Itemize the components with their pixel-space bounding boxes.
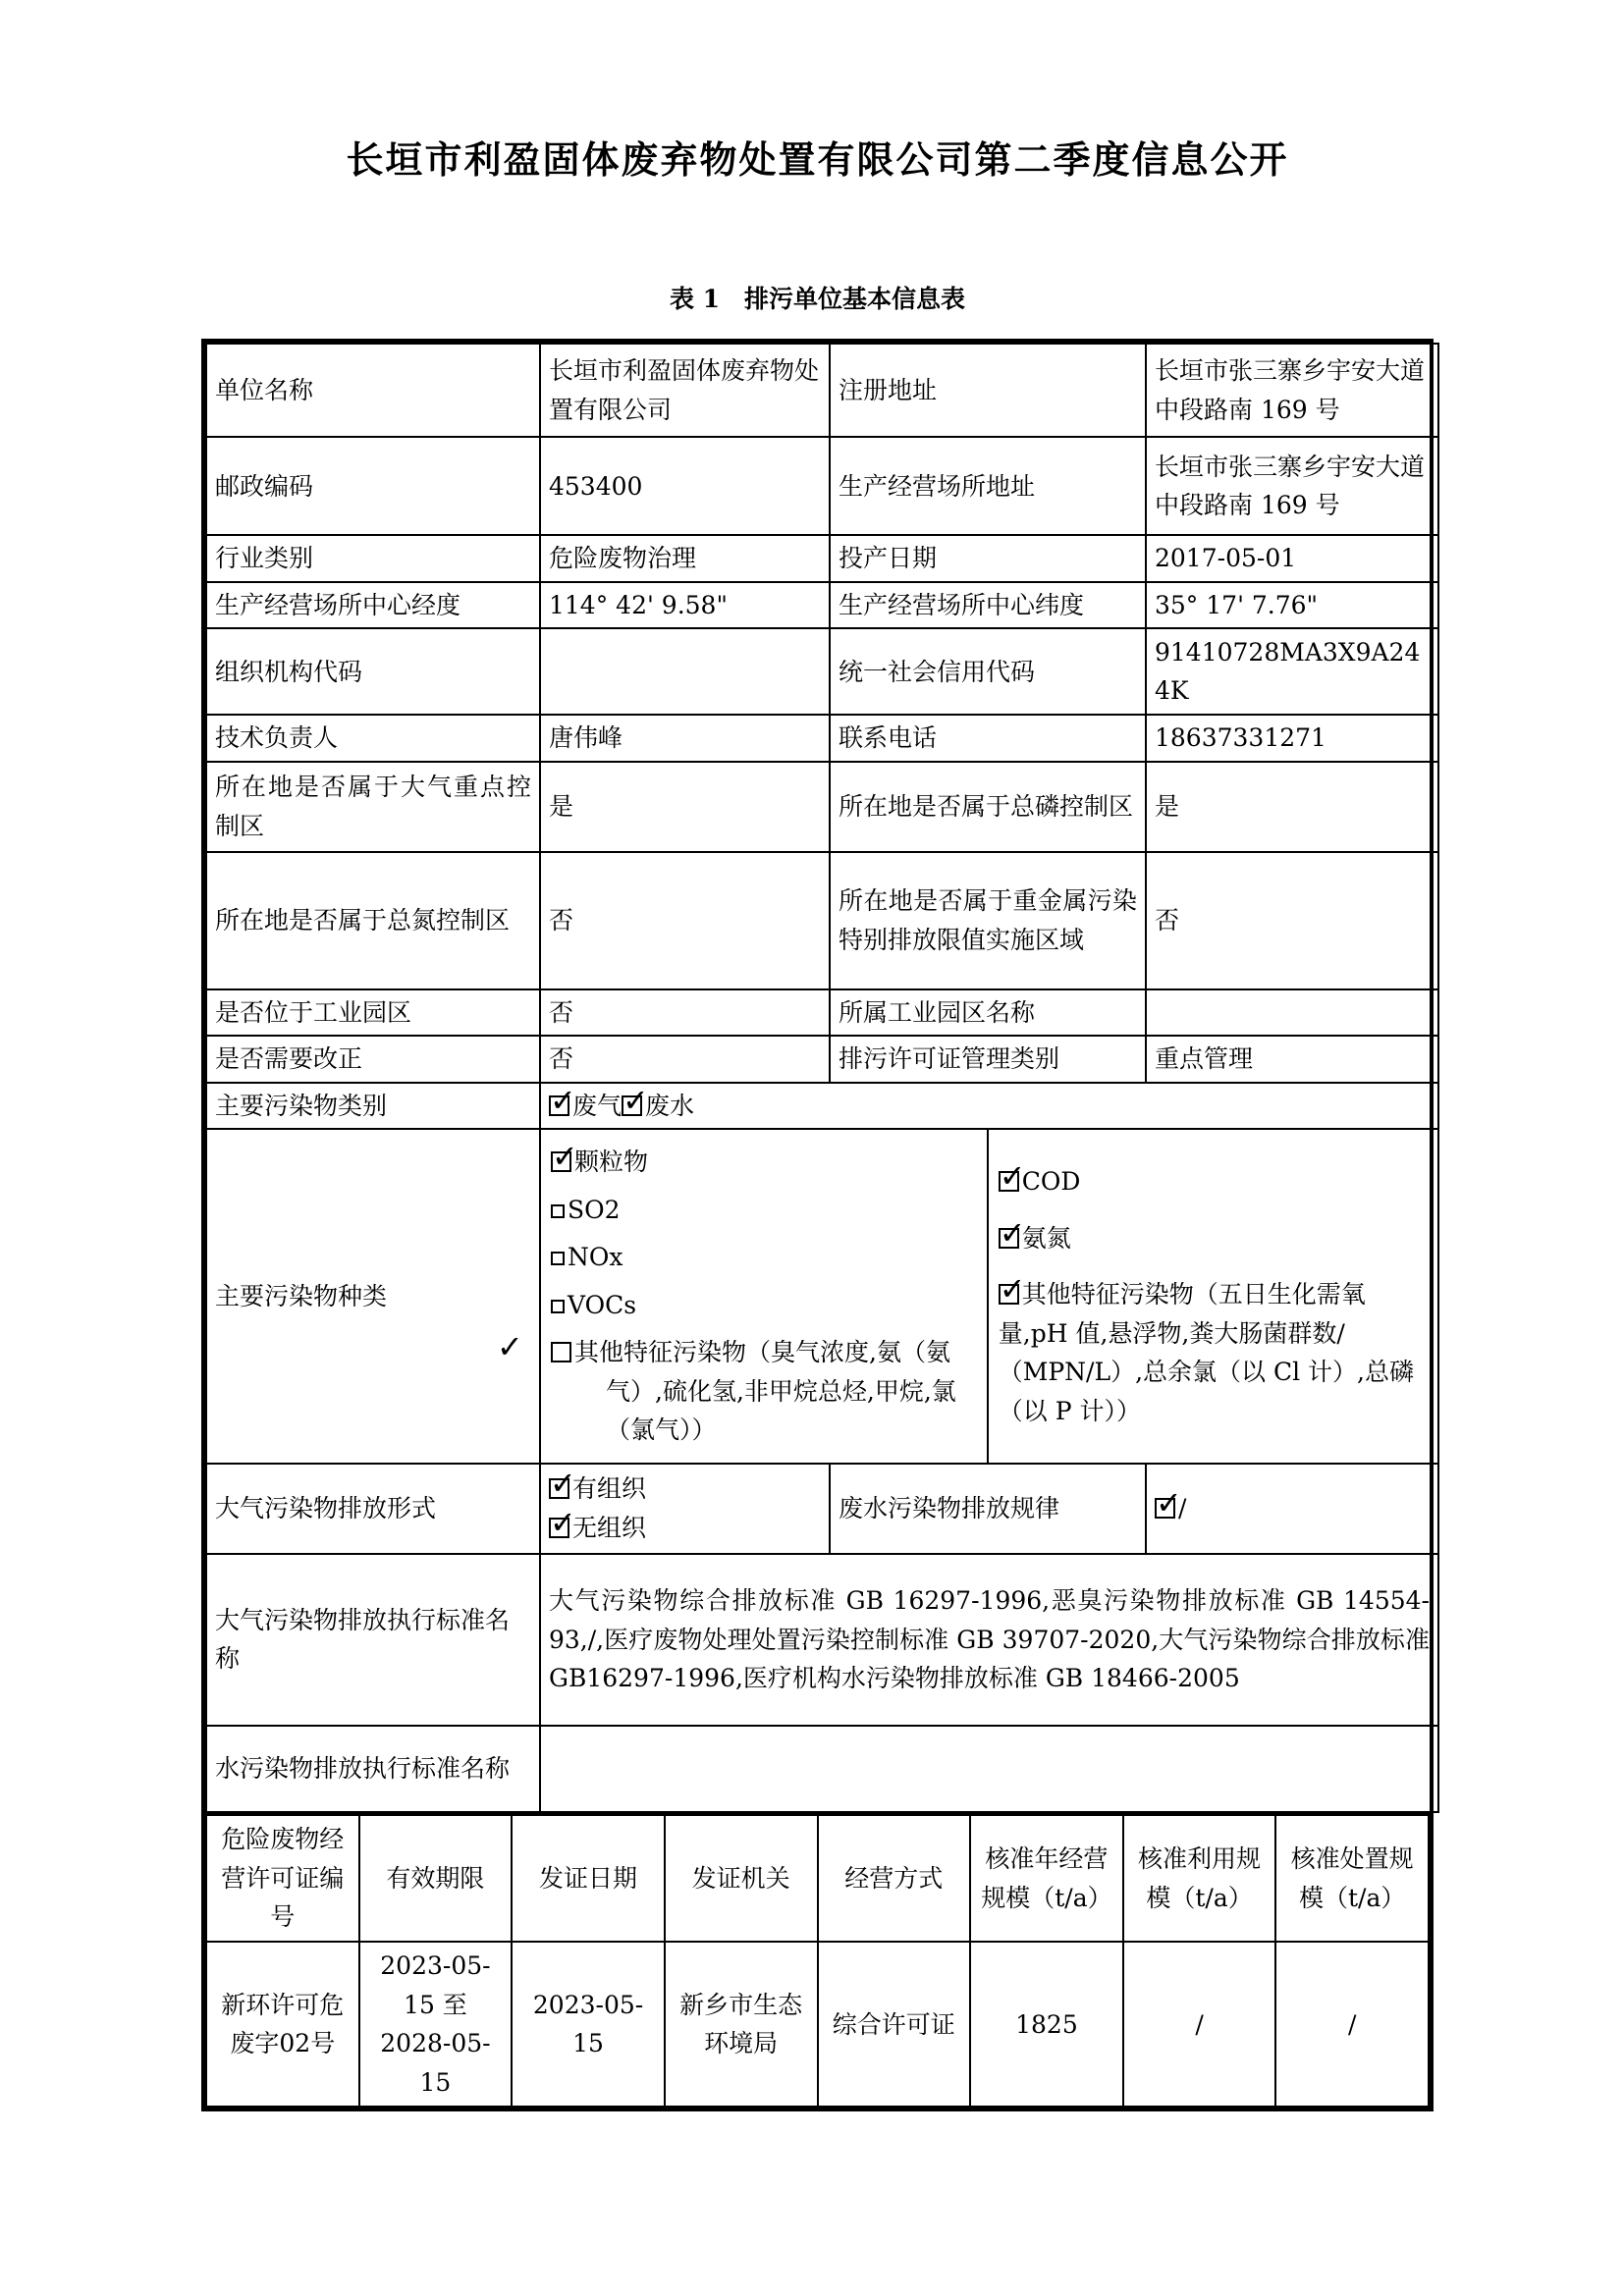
- list-item: 氨氮: [999, 1219, 1428, 1258]
- option-label: 无组织: [572, 1514, 646, 1542]
- checkbox-icon: [549, 1478, 569, 1499]
- air-pollutants-list: 颗粒物 SO2 NOx VOCs 其他特征污染物（臭气浓度,氨（氨气）,硫化氢,…: [541, 1130, 987, 1463]
- checkbox-icon: [551, 1151, 571, 1172]
- checkbox-icon: [999, 1171, 1019, 1192]
- annual-scale-header: 核准年经营规模（t/a）: [970, 1814, 1123, 1942]
- phosphorus-zone-value: 是: [1146, 762, 1438, 852]
- park-name-label: 所属工业园区名称: [830, 989, 1146, 1037]
- registered-address-label: 注册地址: [830, 344, 1146, 437]
- phosphorus-zone-label: 所在地是否属于总磷控制区: [830, 762, 1146, 852]
- table-row: 所在地是否属于大气重点控制区 是 所在地是否属于总磷控制区 是: [206, 762, 1438, 852]
- disposal-scale-value: /: [1275, 1942, 1429, 2107]
- category-item-label: 废气: [572, 1092, 622, 1120]
- table-row: 技术负责人 唐伟峰 联系电话 18637331271: [206, 715, 1438, 762]
- tech-director-label: 技术负责人: [206, 715, 540, 762]
- checkbox-icon: [551, 1342, 571, 1362]
- utilization-scale-header: 核准利用规模（t/a）: [1123, 1814, 1276, 1942]
- license-header-row: 危险废物经营许可证编号 有效期限 发证日期 发证机关 经营方式 核准年经营规模（…: [206, 1814, 1429, 1942]
- air-emission-form-label: 大气污染物排放形式: [206, 1464, 540, 1554]
- latitude-label: 生产经营场所中心纬度: [830, 582, 1146, 629]
- issue-date-header: 发证日期: [512, 1814, 665, 1942]
- issuer-header: 发证机关: [665, 1814, 818, 1942]
- air-key-zone-value: 是: [540, 762, 830, 852]
- option-label: 有组织: [572, 1474, 646, 1503]
- longitude-value: 114° 42' 9.58": [540, 582, 830, 629]
- issue-date-value: 2023-05-15: [512, 1942, 665, 2107]
- wastewater-discharge-pattern-value: /: [1146, 1464, 1438, 1554]
- checkbox-icon: [1155, 1498, 1175, 1519]
- species-columns: 颗粒物 SO2 NOx VOCs 其他特征污染物（臭气浓度,氨（氨气）,硫化氢,…: [541, 1130, 1437, 1463]
- wastewater-discharge-pattern-label: 废水污染物排放规律: [830, 1464, 1146, 1554]
- checkbox-icon: [999, 1228, 1019, 1249]
- table-row: 生产经营场所中心经度 114° 42' 9.58" 生产经营场所中心纬度 35°…: [206, 582, 1438, 629]
- table-row: 行业类别 危险废物治理 投产日期 2017-05-01: [206, 535, 1438, 582]
- list-item: SO2: [551, 1191, 977, 1230]
- table-row: 水污染物排放执行标准名称: [206, 1726, 1438, 1812]
- water-standard-label: 水污染物排放执行标准名称: [206, 1726, 540, 1812]
- air-standard-label: 大气污染物排放执行标准名称: [206, 1554, 540, 1726]
- latitude-value: 35° 17' 7.76": [1146, 582, 1438, 629]
- credit-code-value: 91410728MA3X9A244K: [1146, 628, 1438, 715]
- nitrogen-zone-value: 否: [540, 852, 830, 989]
- contact-phone-value: 18637331271: [1146, 715, 1438, 762]
- need-correction-label: 是否需要改正: [206, 1036, 540, 1083]
- table-caption: 表 1 排污单位基本信息表: [201, 280, 1434, 315]
- license-no-value: 新环许可危废字02号: [206, 1942, 359, 2107]
- table-row: 主要污染物种类 颗粒物 SO2 NOx VOCs 其他特征污染物（臭气浓度,氨（…: [206, 1129, 1438, 1464]
- table-row: 所在地是否属于总氮控制区 否 所在地是否属于重金属污染特别排放限值实施区域 否: [206, 852, 1438, 989]
- need-correction-value: 否: [540, 1036, 830, 1083]
- document-content: 长垣市利盈固体废弃物处置有限公司第二季度信息公开 表 1 排污单位基本信息表 单…: [201, 135, 1434, 2111]
- pollutant-label: VOCs: [568, 1291, 636, 1319]
- checkbox-icon: [551, 1252, 565, 1265]
- list-item: COD: [999, 1162, 1428, 1201]
- tech-director-value: 唐伟峰: [540, 715, 830, 762]
- list-item: NOx: [551, 1238, 977, 1277]
- unit-name-label: 单位名称: [206, 344, 540, 437]
- air-emission-form-value: 有组织 无组织: [540, 1464, 830, 1554]
- permit-category-value: 重点管理: [1146, 1036, 1438, 1083]
- table-row: 组织机构代码 统一社会信用代码 91410728MA3X9A244K: [206, 628, 1438, 715]
- table-row: 主要污染物类别 废气废水: [206, 1083, 1438, 1130]
- org-code-label: 组织机构代码: [206, 628, 540, 715]
- industry-category-label: 行业类别: [206, 535, 540, 582]
- industrial-park-value: 否: [540, 989, 830, 1037]
- page-title: 长垣市利盈固体废弃物处置有限公司第二季度信息公开: [201, 135, 1434, 184]
- license-table: 危险废物经营许可证编号 有效期限 发证日期 发证机关 经营方式 核准年经营规模（…: [205, 1813, 1430, 2109]
- park-name-value: [1146, 989, 1438, 1037]
- industrial-park-label: 是否位于工业园区: [206, 989, 540, 1037]
- postal-code-label: 邮政编码: [206, 437, 540, 535]
- issuer-value: 新乡市生态环境局: [665, 1942, 818, 2107]
- basic-info-table: 单位名称 长垣市利盈固体废弃物处置有限公司 注册地址 长垣市张三寨乡宇安大道中段…: [205, 343, 1439, 1813]
- list-item: 其他特征污染物（臭气浓度,氨（氨气）,硫化氢,非甲烷总烃,甲烷,氯（氯气））: [551, 1333, 977, 1450]
- checkbox-icon: [549, 1095, 569, 1116]
- category-item: 废气: [549, 1092, 622, 1120]
- list-item: 有组织: [549, 1469, 821, 1509]
- credit-code-label: 统一社会信用代码: [830, 628, 1146, 715]
- pollutant-species-value: 颗粒物 SO2 NOx VOCs 其他特征污染物（臭气浓度,氨（氨气）,硫化氢,…: [540, 1129, 1438, 1464]
- checkbox-icon: [999, 1284, 1019, 1305]
- pollutant-category-value: 废气废水: [540, 1083, 1438, 1130]
- heavy-metal-zone-value: 否: [1146, 852, 1438, 989]
- table-row: 是否位于工业园区 否 所属工业园区名称: [206, 989, 1438, 1037]
- list-item: 无组织: [549, 1509, 821, 1548]
- document-page: 长垣市利盈固体废弃物处置有限公司第二季度信息公开 表 1 排污单位基本信息表 单…: [0, 0, 1624, 2296]
- checkbox-icon: [551, 1204, 565, 1218]
- list-item: 颗粒物: [551, 1143, 977, 1182]
- water-standard-value: [540, 1726, 1438, 1812]
- checkbox-icon: [622, 1095, 642, 1116]
- list-item: VOCs: [551, 1286, 977, 1325]
- unit-name-value: 长垣市利盈固体废弃物处置有限公司: [540, 344, 830, 437]
- license-data-row: 新环许可危废字02号 2023-05-15 至 2028-05-15 2023-…: [206, 1942, 1429, 2107]
- production-site-address-value: 长垣市张三寨乡宇安大道中段路南 169 号: [1146, 437, 1438, 535]
- table-row: 大气污染物排放执行标准名称 大气污染物综合排放标准 GB 16297-1996,…: [206, 1554, 1438, 1726]
- air-key-zone-label: 所在地是否属于大气重点控制区: [206, 762, 540, 852]
- permit-category-label: 排污许可证管理类别: [830, 1036, 1146, 1083]
- operation-start-date-label: 投产日期: [830, 535, 1146, 582]
- checkbox-icon: [549, 1518, 569, 1538]
- disposal-scale-header: 核准处置规模（t/a）: [1275, 1814, 1429, 1942]
- validity-header: 有效期限: [359, 1814, 513, 1942]
- table-row: 是否需要改正 否 排污许可证管理类别 重点管理: [206, 1036, 1438, 1083]
- registered-address-value: 长垣市张三寨乡宇安大道中段路南 169 号: [1146, 344, 1438, 437]
- validity-value: 2023-05-15 至 2028-05-15: [359, 1942, 513, 2107]
- list-item: 其他特征污染物（五日生化需氧量,pH 值,悬浮物,粪大肠菌群数/（MPN/L）,…: [999, 1275, 1428, 1430]
- heavy-metal-zone-label: 所在地是否属于重金属污染特别排放限值实施区域: [830, 852, 1146, 989]
- pollutant-label: COD: [1022, 1167, 1081, 1196]
- category-item-label: 废水: [645, 1092, 694, 1120]
- pollutant-label: 颗粒物: [574, 1148, 648, 1176]
- operation-start-date-value: 2017-05-01: [1146, 535, 1438, 582]
- business-mode-value: 综合许可证: [818, 1942, 971, 2107]
- info-table-wrap: 单位名称 长垣市利盈固体废弃物处置有限公司 注册地址 长垣市张三寨乡宇安大道中段…: [201, 339, 1434, 2111]
- business-mode-header: 经营方式: [818, 1814, 971, 1942]
- category-item: 废水: [622, 1092, 694, 1120]
- water-pollutants-list: COD 氨氮 其他特征污染物（五日生化需氧量,pH 值,悬浮物,粪大肠菌群数/（…: [987, 1130, 1437, 1463]
- industry-category-value: 危险废物治理: [540, 535, 830, 582]
- pollutant-species-label: 主要污染物种类: [206, 1129, 540, 1464]
- pollutant-label: NOx: [568, 1243, 623, 1271]
- postal-code-value: 453400: [540, 437, 830, 535]
- utilization-scale-value: /: [1123, 1942, 1276, 2107]
- longitude-label: 生产经营场所中心经度: [206, 582, 540, 629]
- nitrogen-zone-label: 所在地是否属于总氮控制区: [206, 852, 540, 989]
- air-standard-value: 大气污染物综合排放标准 GB 16297-1996,恶臭污染物排放标准 GB 1…: [540, 1554, 1438, 1726]
- pollutant-label: 其他特征污染物（臭气浓度,氨（氨气）,硫化氢,非甲烷总烃,甲烷,氯（氯气））: [574, 1338, 956, 1444]
- org-code-value: [540, 628, 830, 715]
- pollutant-label: SO2: [568, 1196, 621, 1224]
- contact-phone-label: 联系电话: [830, 715, 1146, 762]
- pollutant-category-label: 主要污染物类别: [206, 1083, 540, 1130]
- checkbox-icon: [551, 1300, 565, 1313]
- pollutant-label: 氨氮: [1022, 1224, 1071, 1253]
- table-row: 单位名称 长垣市利盈固体废弃物处置有限公司 注册地址 长垣市张三寨乡宇安大道中段…: [206, 344, 1438, 437]
- table-row: 大气污染物排放形式 有组织 无组织 废水污染物排放规律 /: [206, 1464, 1438, 1554]
- annual-scale-value: 1825: [970, 1942, 1123, 2107]
- license-no-header: 危险废物经营许可证编号: [206, 1814, 359, 1942]
- production-site-address-label: 生产经营场所地址: [830, 437, 1146, 535]
- pollutant-label: 其他特征污染物（五日生化需氧量,pH 值,悬浮物,粪大肠菌群数/（MPN/L）,…: [999, 1280, 1414, 1425]
- table-row: 邮政编码 453400 生产经营场所地址 长垣市张三寨乡宇安大道中段路南 169…: [206, 437, 1438, 535]
